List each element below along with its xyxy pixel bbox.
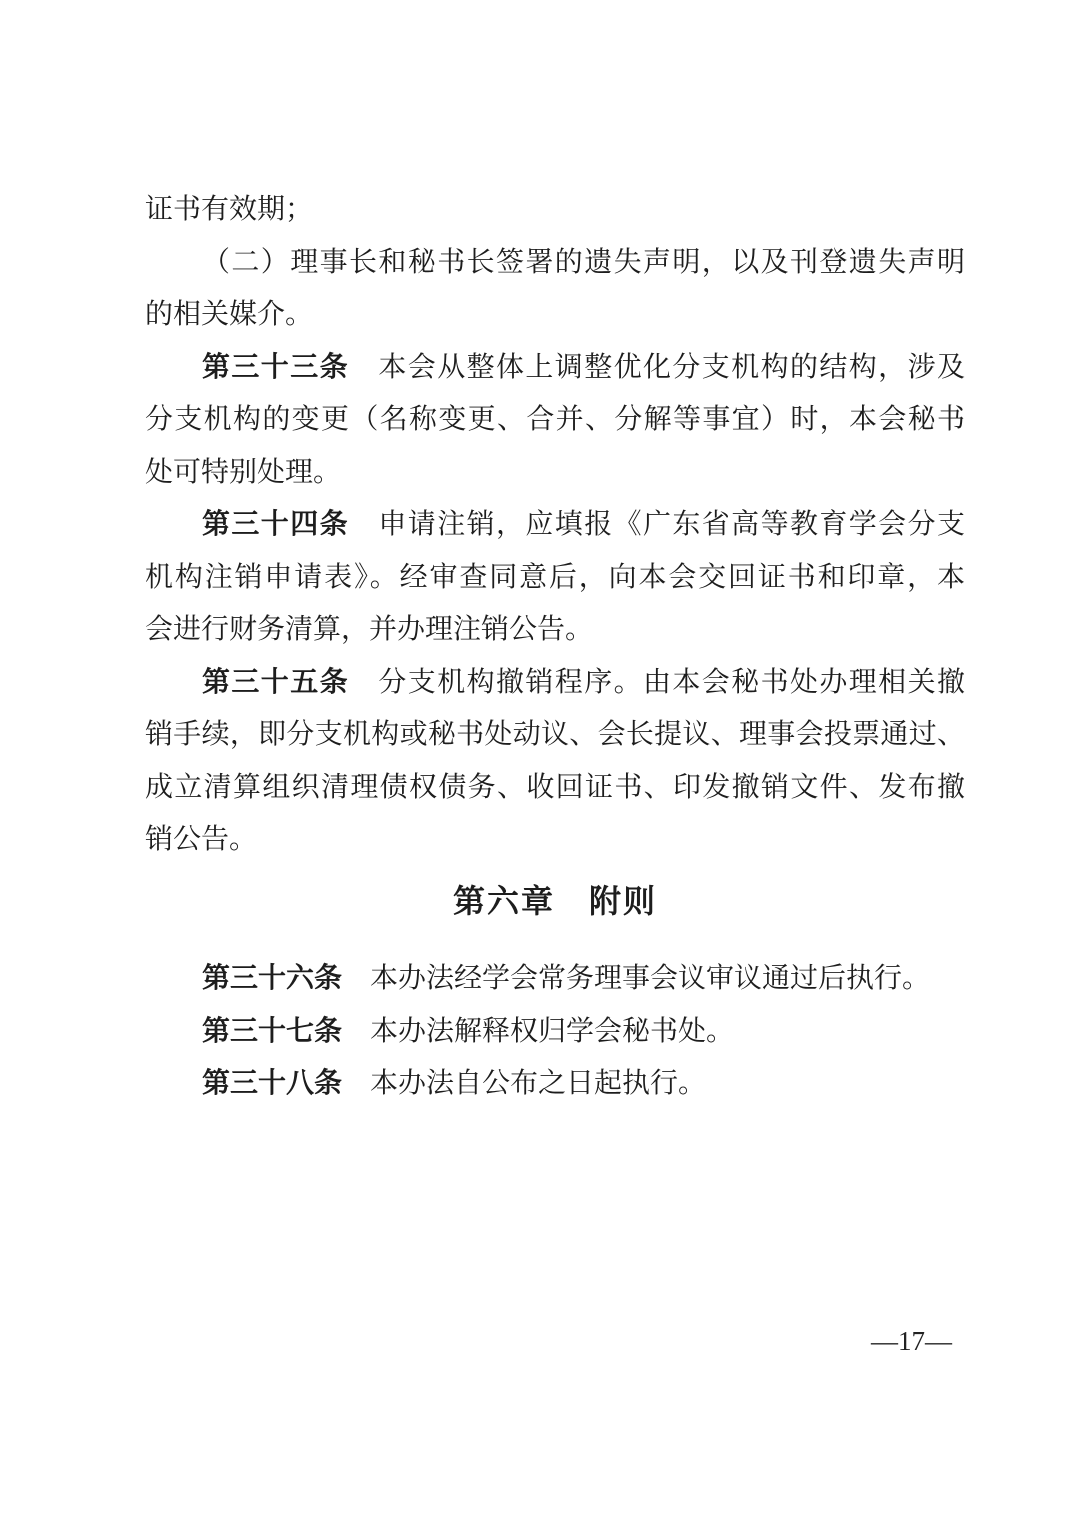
text-line: 第三十六条 本办法经学会常务理事会议审议通过后执行。 xyxy=(145,953,965,1006)
text-line: 第三十五条 分支机构撤销程序。由本会秘书处办理相关撤 xyxy=(145,657,965,710)
article-number: 第三十七条 xyxy=(202,1016,342,1047)
line-text: 分支机构撤销程序。由本会秘书处办理相关撤 xyxy=(349,667,965,698)
line-text: 机构注销申请表》。经审查同意后，向本会交回证书和印章，本 xyxy=(145,562,965,593)
article-number: 第三十三条 xyxy=(202,352,349,383)
text-line: 第三十八条 本办法自公布之日起执行。 xyxy=(145,1058,965,1111)
line-text: 本办法自公布之日起执行。 xyxy=(342,1068,706,1099)
line-text: 本办法经学会常务理事会议审议通过后执行。 xyxy=(342,963,930,994)
text-line: 第三十三条 本会从整体上调整优化分支机构的结构，涉及 xyxy=(145,342,965,395)
article-number: 第三十六条 xyxy=(202,963,342,994)
line-text: 的相关媒介。 xyxy=(145,299,313,330)
text-line: 机构注销申请表》。经审查同意后，向本会交回证书和印章，本 xyxy=(145,552,965,605)
article-number: 第三十四条 xyxy=(202,509,349,540)
text-line: 销手续，即分支机构或秘书处动议、会长提议、理事会投票通过、 xyxy=(145,709,965,762)
line-text: 第六章 附则 xyxy=(453,883,657,919)
line-text: 会进行财务清算，并办理注销公告。 xyxy=(145,614,593,645)
page-number: —17— xyxy=(871,1326,952,1356)
chapter-heading: 第六章 附则 xyxy=(145,875,965,928)
text-line: 会进行财务清算，并办理注销公告。 xyxy=(145,604,965,657)
document-page: 证书有效期；（二）理事长和秘书长签署的遗失声明，以及刊登遗失声明的相关媒介。第三… xyxy=(0,0,1080,1528)
text-line: 销公告。 xyxy=(145,814,965,867)
line-text: 处可特别处理。 xyxy=(145,457,341,488)
line-text: 成立清算组织清理债权债务、收回证书、印发撤销文件、发布撤 xyxy=(145,772,965,803)
line-text: 销公告。 xyxy=(145,824,257,855)
line-text: 销手续，即分支机构或秘书处动议、会长提议、理事会投票通过、 xyxy=(145,719,965,750)
text-line: 第三十七条 本办法解释权归学会秘书处。 xyxy=(145,1006,965,1059)
article-number: 第三十八条 xyxy=(202,1068,342,1099)
line-text: 申请注销，应填报《广东省高等教育学会分支 xyxy=(349,509,965,540)
text-line: （二）理事长和秘书长签署的遗失声明，以及刊登遗失声明 xyxy=(145,237,965,290)
text-line: 第三十四条 申请注销，应填报《广东省高等教育学会分支 xyxy=(145,499,965,552)
line-text: 分支机构的变更（名称变更、合并、分解等事宜）时，本会秘书 xyxy=(145,404,965,435)
text-line: 证书有效期； xyxy=(145,184,965,237)
text-line: 处可特别处理。 xyxy=(145,447,965,500)
line-text: 证书有效期； xyxy=(145,194,313,225)
text-line: 成立清算组织清理债权债务、收回证书、印发撤销文件、发布撤 xyxy=(145,762,965,815)
article-number: 第三十五条 xyxy=(202,667,349,698)
text-line: 的相关媒介。 xyxy=(145,289,965,342)
text-line: 分支机构的变更（名称变更、合并、分解等事宜）时，本会秘书 xyxy=(145,394,965,447)
line-text: 本会从整体上调整优化分支机构的结构，涉及 xyxy=(349,352,965,383)
line-text: （二）理事长和秘书长签署的遗失声明，以及刊登遗失声明 xyxy=(202,247,965,278)
document-body: 证书有效期；（二）理事长和秘书长签署的遗失声明，以及刊登遗失声明的相关媒介。第三… xyxy=(145,184,965,1111)
line-text: 本办法解释权归学会秘书处。 xyxy=(342,1016,734,1047)
